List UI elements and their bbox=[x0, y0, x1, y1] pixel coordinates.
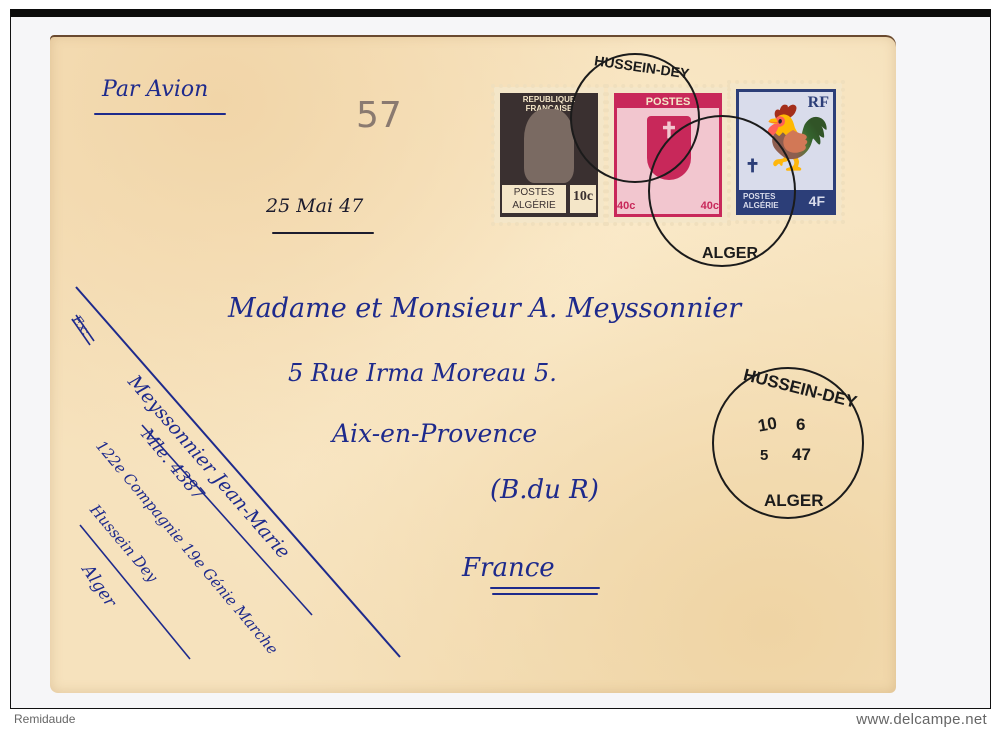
seller-name: Remidaude bbox=[14, 712, 75, 726]
stamp-1-value: 10c bbox=[570, 189, 596, 205]
stamp-1-postes: POSTES bbox=[502, 187, 566, 198]
postmark-day: 10 bbox=[756, 414, 778, 437]
postmark-hussein-dey: HUSSEIN-DEY 10 6 5 47 ALGER bbox=[712, 367, 864, 519]
envelope: Par Avion 57 25 Mai 47 Madame et Monsieu… bbox=[50, 35, 896, 693]
sender-block: Ex: Meyssonnier Jean-Marie Mle. 4387 122… bbox=[70, 285, 490, 665]
stamp-2-value-left: 40c bbox=[617, 200, 635, 212]
postmark-year: 47 bbox=[792, 445, 811, 465]
postmark-over-stamps-2: ALGER bbox=[648, 115, 796, 267]
stamp-3-value: 4F bbox=[809, 193, 825, 209]
recipient-line-4: (B.du R) bbox=[490, 475, 599, 505]
country-underline-2 bbox=[492, 593, 598, 595]
date-underline bbox=[272, 232, 374, 234]
postmark-2-region: ALGER bbox=[702, 245, 758, 263]
marianne-portrait-icon bbox=[524, 109, 574, 183]
postmark-hour: 5 bbox=[760, 447, 768, 464]
postmark-1-town: HUSSEIN-DEY bbox=[593, 52, 690, 81]
postmark-region: ALGER bbox=[764, 491, 824, 511]
handwritten-date: 25 Mai 47 bbox=[266, 195, 363, 217]
postmark-town: HUSSEIN-DEY bbox=[741, 365, 859, 413]
postmark-month: 6 bbox=[796, 415, 805, 435]
airmail-note: Par Avion bbox=[102, 77, 208, 102]
airmail-underline bbox=[94, 113, 226, 115]
site-watermark[interactable]: www.delcampe.net bbox=[856, 711, 987, 728]
pencil-number: 57 bbox=[356, 95, 402, 136]
country-underline bbox=[490, 587, 600, 589]
stamp-1-algerie: ALGÉRIE bbox=[502, 200, 566, 211]
